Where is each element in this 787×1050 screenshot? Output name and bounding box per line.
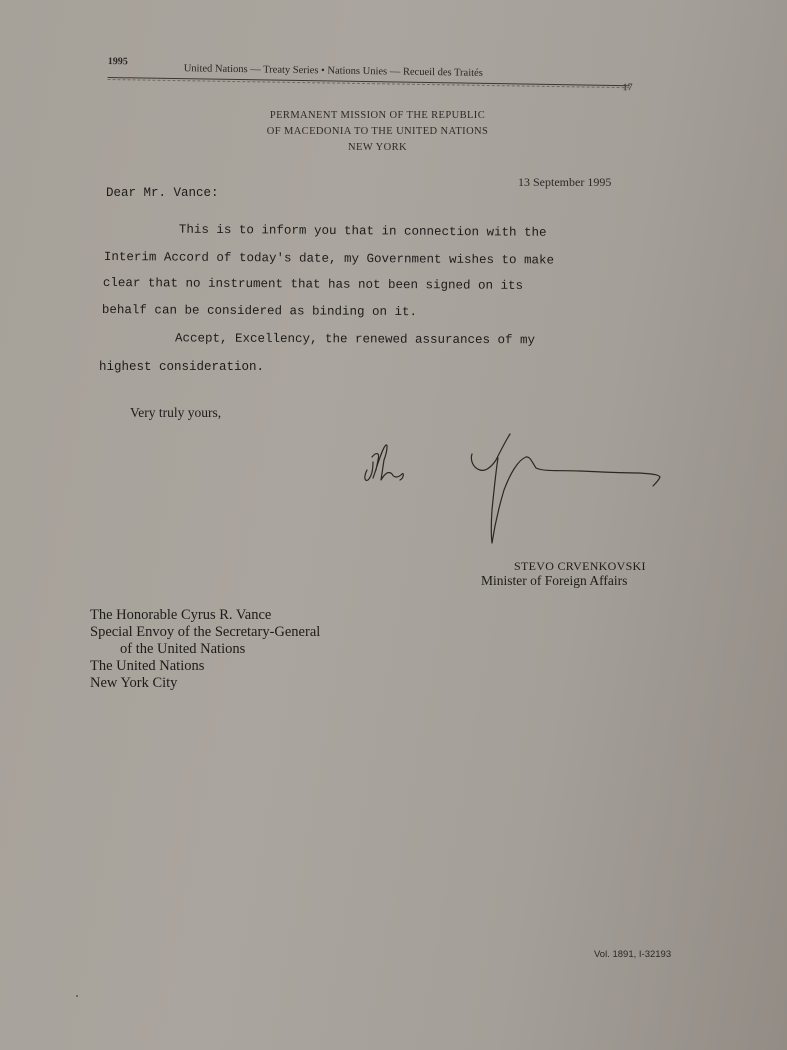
running-header: 1995 United Nations — Treaty Series • Na… (107, 52, 633, 102)
recipient-line: New York City (90, 675, 320, 692)
body-line: highest consideration. (99, 360, 264, 374)
body-line: This is to inform you that in connection… (104, 222, 547, 240)
letterhead-line-2: OF MACEDONIA TO THE UNITED NATIONS (235, 124, 520, 140)
body-line: clear that no instrument that has not be… (103, 276, 523, 293)
header-rule (108, 77, 630, 86)
letter-date: 13 September 1995 (518, 175, 611, 190)
document-page: 1995 United Nations — Treaty Series • Na… (0, 0, 787, 1050)
body-line: behalf can be considered as binding on i… (102, 303, 417, 319)
salutation: Dear Mr. Vance: (106, 186, 219, 200)
closing: Very truly yours, (130, 405, 221, 421)
letterhead-line-1: PERMANENT MISSION OF THE REPUBLIC (235, 108, 520, 124)
body-line: Interim Accord of today's date, my Gover… (104, 250, 554, 268)
recipient-line: The United Nations (90, 658, 320, 675)
signer-name: STEVO CRVENKOVSKI (514, 559, 646, 574)
recipient-line: The Honorable Cyrus R. Vance (90, 607, 320, 624)
body-line: Accept, Excellency, the renewed assuranc… (100, 331, 535, 347)
volume-reference: Vol. 1891, I-32193 (594, 949, 671, 960)
letterhead: PERMANENT MISSION OF THE REPUBLIC OF MAC… (235, 108, 520, 156)
signer-title: Minister of Foreign Affairs (481, 573, 627, 589)
header-series-title: United Nations — Treaty Series • Nations… (184, 63, 483, 79)
signature-image (340, 430, 670, 550)
recipient-address: The Honorable Cyrus R. Vance Special Env… (90, 607, 320, 692)
recipient-line: Special Envoy of the Secretary-General (90, 624, 320, 641)
header-year: 1995 (108, 56, 128, 67)
letterhead-line-3: NEW YORK (235, 140, 520, 156)
recipient-line: of the United Nations (90, 641, 320, 658)
paper-speck (76, 995, 78, 997)
